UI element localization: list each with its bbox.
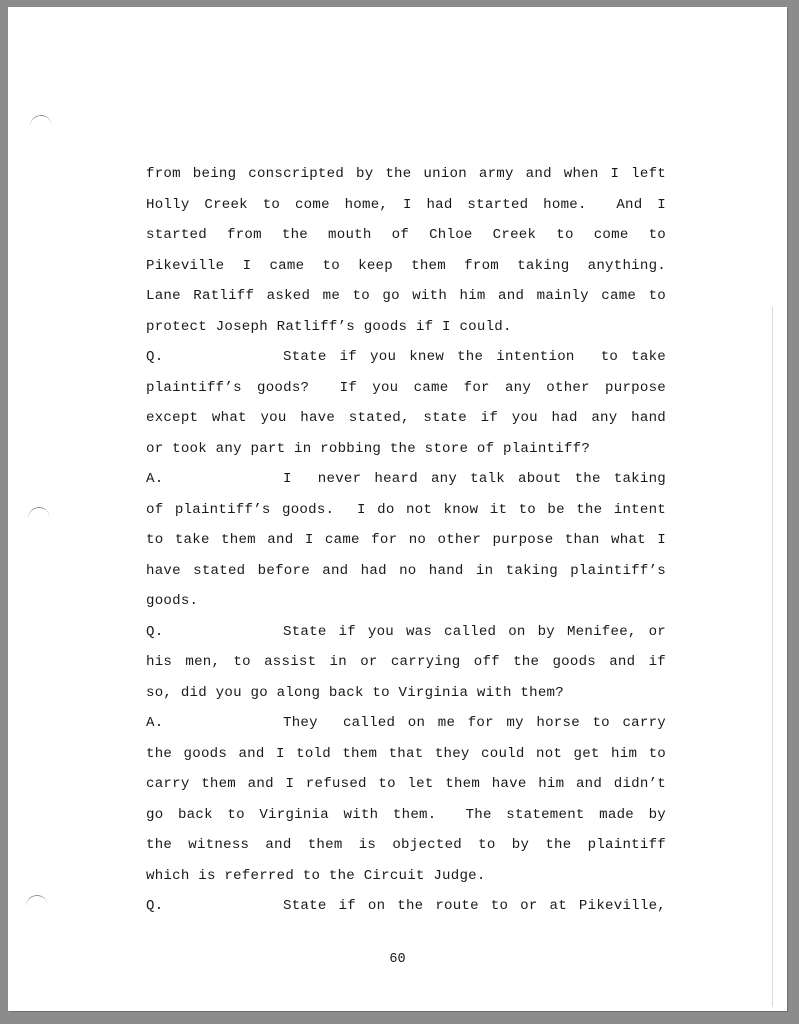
- text-line: from being conscripted by the union army…: [146, 159, 666, 190]
- text-line: except what you have stated, state if yo…: [146, 403, 666, 434]
- answer-label: A.: [146, 708, 283, 739]
- question-first-line: Q.State if on the route to or at Pikevil…: [146, 891, 666, 922]
- answer-block: A.They called on me for my horse to carr…: [146, 708, 666, 891]
- document-page: from being conscripted by the union army…: [8, 7, 787, 1011]
- answer-first-line: A.I never heard any talk about the takin…: [146, 464, 666, 495]
- page-number: 60: [8, 952, 787, 967]
- text-line: protect Joseph Ratliff’s goods if I coul…: [146, 312, 666, 343]
- hole-punch-mark: [25, 894, 49, 919]
- text-line: the goods and I told them that they coul…: [146, 739, 666, 770]
- text-line: or took any part in robbing the store of…: [146, 434, 666, 465]
- text-line: Lane Ratliff asked me to go with him and…: [146, 281, 666, 312]
- text-line: plaintiff’s goods? If you came for any o…: [146, 373, 666, 404]
- question-block: Q.State if you was called on by Menifee,…: [146, 617, 666, 709]
- question-first-line: Q.State if you knew the intention to tak…: [146, 342, 666, 373]
- line-text: State if on the route to or at Pikeville…: [283, 891, 666, 922]
- hole-punch-mark: [29, 114, 53, 139]
- text-line: which is referred to the Circuit Judge.: [146, 861, 666, 892]
- text-line: go back to Virginia with them. The state…: [146, 800, 666, 831]
- text-line: Holly Creek to come home, I had started …: [146, 190, 666, 221]
- paragraph: from being conscripted by the union army…: [146, 159, 666, 342]
- line-text: They called on me for my horse to carry: [283, 708, 666, 739]
- hole-punch-mark: [27, 506, 51, 531]
- text-line: of plaintiff’s goods. I do not know it t…: [146, 495, 666, 526]
- question-first-line: Q.State if you was called on by Menifee,…: [146, 617, 666, 648]
- answer-label: A.: [146, 464, 283, 495]
- line-text: State if you knew the intention to take: [283, 342, 666, 373]
- text-line: goods.: [146, 586, 666, 617]
- question-block: Q.State if you knew the intention to tak…: [146, 342, 666, 464]
- answer-block: A.I never heard any talk about the takin…: [146, 464, 666, 617]
- question-label: Q.: [146, 891, 283, 922]
- text-line: his men, to assist in or carrying off th…: [146, 647, 666, 678]
- line-text: State if you was called on by Menifee, o…: [283, 617, 666, 648]
- question-label: Q.: [146, 617, 283, 648]
- text-line: the witness and them is objected to by t…: [146, 830, 666, 861]
- text-line: carry them and I refused to let them hav…: [146, 769, 666, 800]
- text-line: started from the mouth of Chloe Creek to…: [146, 220, 666, 251]
- question-label: Q.: [146, 342, 283, 373]
- testimony-body: from being conscripted by the union army…: [146, 159, 666, 922]
- text-line: so, did you go along back to Virginia wi…: [146, 678, 666, 709]
- text-line: to take them and I came for no other pur…: [146, 525, 666, 556]
- question-block: Q.State if on the route to or at Pikevil…: [146, 891, 666, 922]
- answer-first-line: A.They called on me for my horse to carr…: [146, 708, 666, 739]
- page-edge: [772, 307, 773, 1007]
- line-text: I never heard any talk about the taking: [283, 464, 666, 495]
- text-line: Pikeville I came to keep them from takin…: [146, 251, 666, 282]
- text-line: have stated before and had no hand in ta…: [146, 556, 666, 587]
